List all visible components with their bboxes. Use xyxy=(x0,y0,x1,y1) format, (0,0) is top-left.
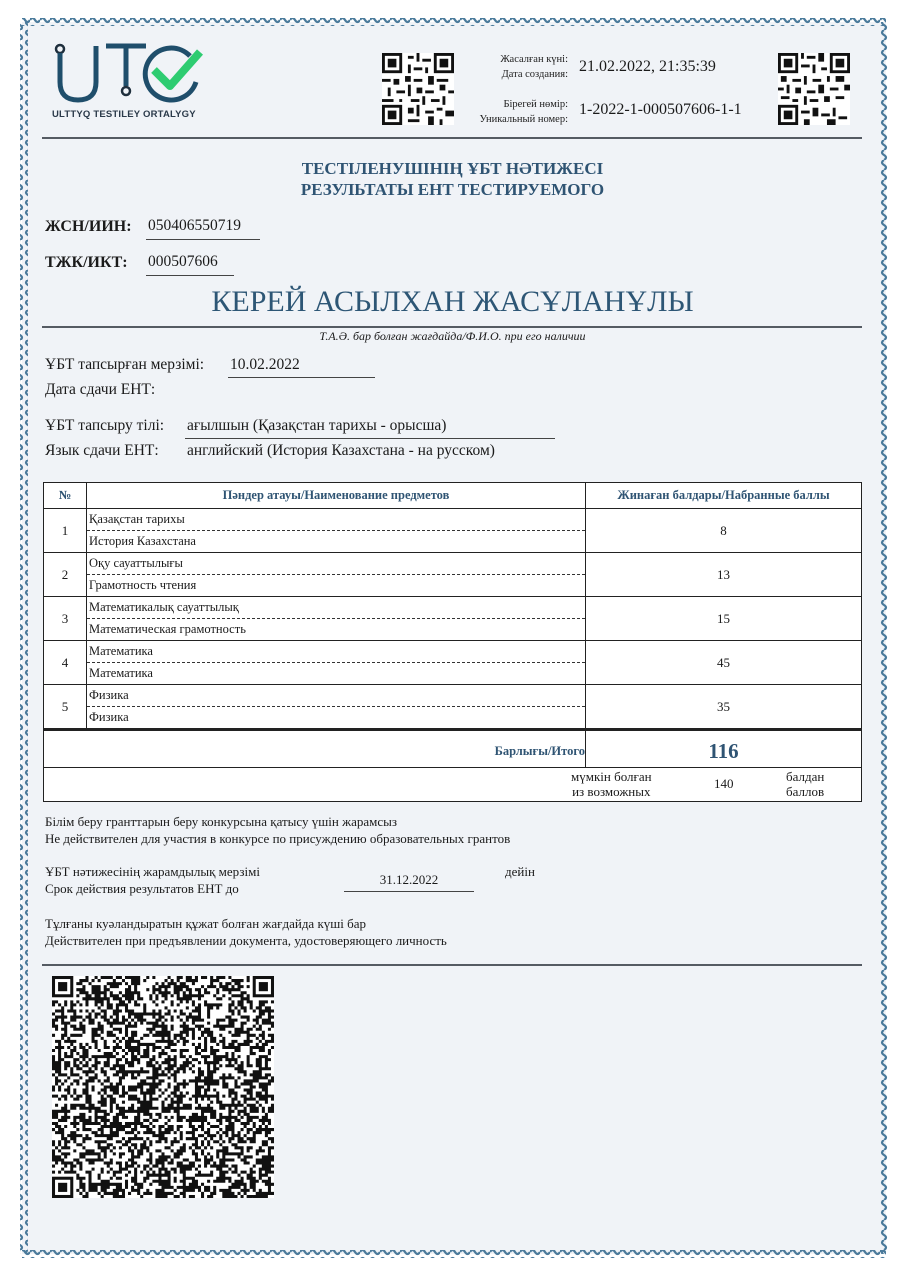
qr-code-icon xyxy=(52,976,274,1198)
possible-label-kz: мүмкін болған xyxy=(571,769,652,784)
subject-cell: Математикалық сауаттылықМатематическая г… xyxy=(87,597,586,641)
full-name: КЕРЕЙ АСЫЛХАН ЖАСҰЛАНҰЛЫ xyxy=(0,285,905,319)
table-row: 3Математикалық сауаттылықМатематическая … xyxy=(44,597,862,641)
possible-suffix: балдан баллов xyxy=(786,769,824,799)
created-value: 21.02.2022, 21:35:39 xyxy=(579,58,716,76)
table-row: 5ФизикаФизика35 xyxy=(44,685,862,730)
header-score: Жинаған балдары/Набранные баллы xyxy=(586,483,862,509)
total-value: 116 xyxy=(586,730,862,772)
footer-divider xyxy=(42,964,862,966)
grant-note: Білім беру гранттарын беру конкурсына қа… xyxy=(45,813,510,847)
row-number: 5 xyxy=(44,685,87,730)
header-divider xyxy=(42,137,862,139)
unique-label-ru: Уникальный номер: xyxy=(440,112,568,127)
grant-note-kz: Білім беру гранттарын беру конкурсына қа… xyxy=(45,813,510,830)
fio-caption: Т.А.Ә. бар болған жағдайда/Ф.И.О. при ег… xyxy=(0,329,905,344)
exam-date-value: 10.02.2022 xyxy=(228,356,375,378)
validity-suffix: дейін xyxy=(505,863,535,880)
subject-name-kz: Оқу сауаттылығы xyxy=(87,553,585,575)
ikt-value: 000507606 xyxy=(146,253,234,276)
header-num: № xyxy=(44,483,87,509)
exam-date-label-ru: Дата сдачи ЕНТ: xyxy=(45,381,155,399)
id-note-kz: Тұлғаны куәландыратын құжат болған жағда… xyxy=(45,915,447,932)
document-title-ru: РЕЗУЛЬТАТЫ ЕНТ ТЕСТИРУЕМОГО xyxy=(0,179,905,200)
name-divider xyxy=(42,326,862,328)
possible-suffix-ru: баллов xyxy=(786,784,824,799)
subject-name-kz: Физика xyxy=(87,685,585,707)
row-number: 4 xyxy=(44,641,87,685)
subject-name-ru: Грамотность чтения xyxy=(87,575,585,596)
exam-date-label-kz: ҰБТ тапсырған мерзімі: xyxy=(45,356,204,374)
grant-note-ru: Не действителен для участия в конкурсе п… xyxy=(45,830,510,847)
unique-number-value: 1-2022-1-000507606-1-1 xyxy=(579,101,742,119)
logo-caption: ULTTYQ TESTILEY ORTALYGY xyxy=(52,109,196,120)
row-number: 3 xyxy=(44,597,87,641)
table-row: 1Қазақстан тарихыИстория Казахстана8 xyxy=(44,509,862,553)
subject-name-kz: Математикалық сауаттылық xyxy=(87,597,585,619)
subject-name-ru: Физика xyxy=(87,707,585,728)
possible-label: мүмкін болған из возможных xyxy=(571,769,652,799)
subject-score: 13 xyxy=(586,553,862,597)
exam-language-label-ru: Язык сдачи ЕНТ: xyxy=(45,442,159,460)
validity-label-ru: Срок действия результатов ЕНТ до xyxy=(45,880,260,897)
row-number: 2 xyxy=(44,553,87,597)
row-number: 1 xyxy=(44,509,87,553)
created-label-kz: Жасалған күні: xyxy=(440,52,568,67)
exam-language-value-kz: ағылшын (Қазақстан тарихы - орысша) xyxy=(185,417,555,439)
id-note-ru: Действителен при предъявлении документа,… xyxy=(45,932,447,949)
unique-label: Бірегей нөмір: Уникальный номер: xyxy=(440,97,568,127)
validity-date: 31.12.2022 xyxy=(344,871,474,892)
possible-suffix-kz: балдан xyxy=(786,769,824,784)
possible-label-ru: из возможных xyxy=(571,784,652,799)
iin-label: ЖСН/ИИН: xyxy=(45,218,132,236)
iin-value: 050406550719 xyxy=(146,217,260,240)
subject-score: 15 xyxy=(586,597,862,641)
header-subject: Пәндер атауы/Наименование предметов xyxy=(87,483,586,509)
subject-name-ru: Математика xyxy=(87,663,585,684)
unique-label-kz: Бірегей нөмір: xyxy=(440,97,568,112)
table-row: 2Оқу сауаттылығыГрамотность чтения13 xyxy=(44,553,862,597)
subject-name-ru: История Казахстана xyxy=(87,531,585,552)
total-label: Барлығы/Итого xyxy=(44,730,586,772)
exam-language-value-ru: английский (История Казахстана - на русс… xyxy=(187,442,495,460)
subject-score: 45 xyxy=(586,641,862,685)
possible-score-row: мүмкін болған из возможных 140 балдан ба… xyxy=(43,767,862,802)
subject-score: 35 xyxy=(586,685,862,730)
validity-label: ҰБТ нәтижесінің жарамдылық мерзімі Срок … xyxy=(45,863,260,897)
validity-label-kz: ҰБТ нәтижесінің жарамдылық мерзімі xyxy=(45,863,260,880)
subject-name-ru: Математическая грамотность xyxy=(87,619,585,640)
subject-cell: Қазақстан тарихыИстория Казахстана xyxy=(87,509,586,553)
exam-language-label-kz: ҰБТ тапсыру тілі: xyxy=(45,417,164,435)
subject-name-kz: Математика xyxy=(87,641,585,663)
table-header-row: № Пәндер атауы/Наименование предметов Жи… xyxy=(44,483,862,509)
subject-cell: Оқу сауаттылығыГрамотность чтения xyxy=(87,553,586,597)
subject-score: 8 xyxy=(586,509,862,553)
ikt-label: ТЖК/ИКТ: xyxy=(45,254,128,272)
created-label: Жасалған күні: Дата создания: xyxy=(440,52,568,82)
table-row: 4МатематикаМатематика45 xyxy=(44,641,862,685)
qr-code-icon xyxy=(778,53,850,125)
total-row: Барлығы/Итого 116 xyxy=(44,730,862,772)
created-label-ru: Дата создания: xyxy=(440,67,568,82)
subject-cell: МатематикаМатематика xyxy=(87,641,586,685)
subject-name-kz: Қазақстан тарихы xyxy=(87,509,585,531)
possible-value: 140 xyxy=(714,776,734,792)
id-note: Тұлғаны куәландыратын құжат болған жағда… xyxy=(45,915,447,949)
document-title-kz: ТЕСТІЛЕНУШІНІҢ ҰБТ НӘТИЖЕСІ xyxy=(0,158,905,179)
results-table: № Пәндер атауы/Наименование предметов Жи… xyxy=(43,482,862,772)
subject-cell: ФизикаФизика xyxy=(87,685,586,730)
